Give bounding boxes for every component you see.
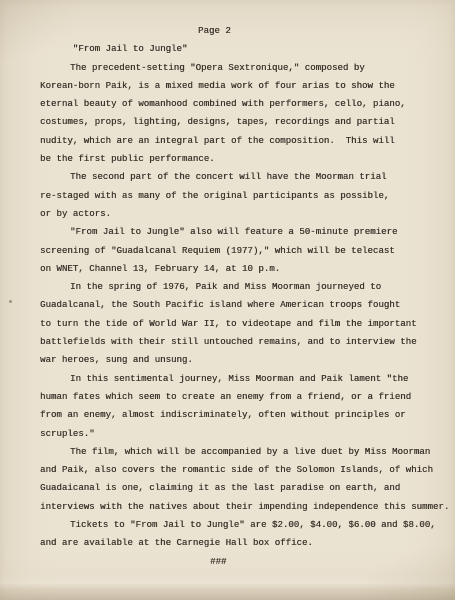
page-number: Page 2	[198, 22, 231, 40]
text-line: Guadalcanal, the South Pacific island wh…	[40, 296, 455, 314]
paragraph: Tickets to "From Jail to Jungle" are $2.…	[40, 516, 455, 553]
text-line: to turn the tide of World War II, to vid…	[40, 315, 455, 333]
text-line: scruples."	[40, 425, 455, 443]
text-line: battlefields with their still untouched …	[40, 333, 455, 351]
text-line: costumes, props, lighting, designs, tape…	[40, 113, 455, 131]
page-content: "From Jail to Jungle" Page 2 The precede…	[0, 0, 455, 571]
paragraph: The second part of the concert will have…	[40, 168, 455, 223]
text-line: eternal beauty of womanhood combined wit…	[40, 95, 455, 113]
text-line: or by actors.	[40, 205, 455, 223]
text-line: The second part of the concert will have…	[40, 168, 455, 186]
text-line: In the spring of 1976, Paik and Miss Moo…	[40, 278, 455, 296]
text-line: nudity, which are an integral part of th…	[40, 132, 455, 150]
text-line: interviews with the natives about their …	[40, 498, 455, 516]
text-line: Korean-born Paik, is a mixed media work …	[40, 77, 455, 95]
scan-speck	[9, 300, 12, 303]
text-line: human fates which seem to create an enem…	[40, 388, 455, 406]
document-header: "From Jail to Jungle" Page 2	[40, 22, 455, 40]
paragraph: The precedent-setting "Opera Sextronique…	[40, 59, 455, 169]
text-line: and are available at the Carnegie Hall b…	[40, 534, 455, 552]
paragraph: In this sentimental journey, Miss Moorma…	[40, 370, 455, 443]
text-line: The film, which will be accompanied by a…	[40, 443, 455, 461]
text-line: be the first public performance.	[40, 150, 455, 168]
document-body: The precedent-setting "Opera Sextronique…	[40, 59, 455, 553]
text-line: war heroes, sung and unsung.	[40, 351, 455, 369]
document-page: "From Jail to Jungle" Page 2 The precede…	[0, 0, 455, 600]
text-line: "From Jail to Jungle" also will feature …	[40, 223, 455, 241]
paragraph: The film, which will be accompanied by a…	[40, 443, 455, 516]
paper-crease	[0, 574, 455, 600]
text-line: In this sentimental journey, Miss Moorma…	[40, 370, 455, 388]
text-line: The precedent-setting "Opera Sextronique…	[40, 59, 455, 77]
text-line: screening of "Guadalcanal Requiem (1977)…	[40, 242, 455, 260]
text-line: and Paik, also covers the romantic side …	[40, 461, 455, 479]
text-line: on WNET, Channel 13, February 14, at 10 …	[40, 260, 455, 278]
document-title: "From Jail to Jungle"	[73, 43, 188, 54]
paragraph: "From Jail to Jungle" also will feature …	[40, 223, 455, 278]
text-line: Tickets to "From Jail to Jungle" are $2.…	[40, 516, 455, 534]
text-line: re-staged with as many of the original p…	[40, 187, 455, 205]
text-line: from an enemy, almost indiscriminately, …	[40, 406, 455, 424]
text-line: Guadaicanal is one, claiming it as the l…	[40, 479, 455, 497]
end-mark: ###	[40, 553, 455, 571]
paragraph: In the spring of 1976, Paik and Miss Moo…	[40, 278, 455, 369]
